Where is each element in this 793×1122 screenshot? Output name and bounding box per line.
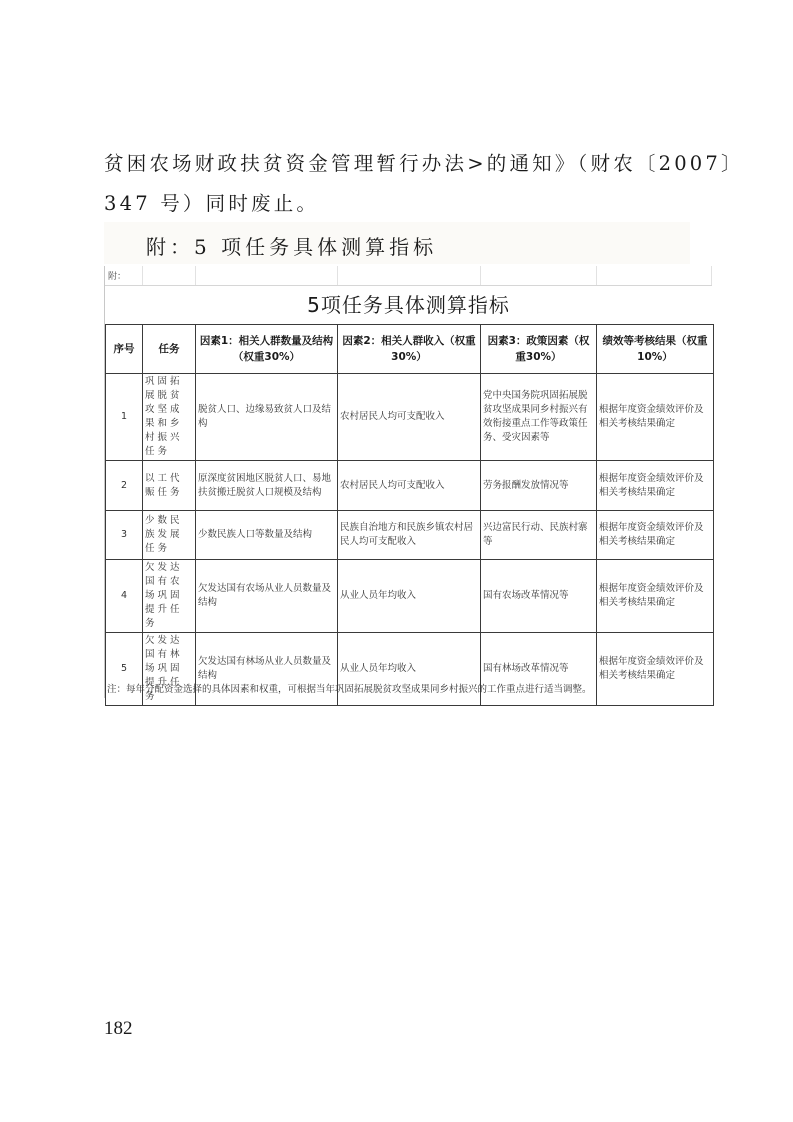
cell-factor3: 国有农场改革情况等 [481, 560, 597, 633]
cell-performance: 根据年度资金绩效评价及相关考核结果确定 [597, 511, 714, 560]
header-task: 任务 [143, 325, 196, 374]
header-performance: 绩效等考核结果（权重10%） [597, 325, 714, 374]
grid-line [337, 266, 338, 285]
header-factor1: 因素1：相关人群数量及结构（权重30%） [196, 325, 338, 374]
header-factor3: 因素3：政策因素（权重30%） [481, 325, 597, 374]
page-number: 182 [104, 1018, 133, 1040]
cell-factor2: 从业人员年均收入 [338, 560, 481, 633]
cell-performance: 根据年度资金绩效评价及相关考核结果确定 [597, 633, 714, 706]
grid-line [711, 266, 712, 285]
cell-task: 巩固拓展脱贫攻坚成果和乡村振兴任务 [143, 374, 196, 461]
indicator-table: 序号 任务 因素1：相关人群数量及结构（权重30%） 因素2：相关人群收入（权重… [105, 324, 714, 706]
cell-factor1: 脱贫人口、边缘易致贫人口及结构 [196, 374, 338, 461]
cell-no: 4 [106, 560, 143, 633]
cell-factor2: 民族自治地方和民族乡镇农村居民人均可支配收入 [338, 511, 481, 560]
header-no: 序号 [106, 325, 143, 374]
cell-performance: 根据年度资金绩效评价及相关考核结果确定 [597, 374, 714, 461]
cell-factor1: 原深度贫困地区脱贫人口、易地扶贫搬迁脱贫人口规模及结构 [196, 461, 338, 511]
cell-performance: 根据年度资金绩效评价及相关考核结果确定 [597, 560, 714, 633]
cell-factor3: 党中央国务院巩固拓展脱贫攻坚成果同乡村振兴有效衔接重点工作等政策任务、受灾因素等 [481, 374, 597, 461]
cell-factor2: 农村居民人均可支配收入 [338, 461, 481, 511]
header-factor2: 因素2：相关人群收入（权重30%） [338, 325, 481, 374]
cell-factor1: 欠发达国有农场从业人员数量及结构 [196, 560, 338, 633]
cell-no: 3 [106, 511, 143, 560]
table-row: 2 以工代赈任务 原深度贫困地区脱贫人口、易地扶贫搬迁脱贫人口规模及结构 农村居… [106, 461, 714, 511]
grid-line [195, 266, 196, 285]
cell-factor3: 劳务报酬发放情况等 [481, 461, 597, 511]
attachment-heading: 附：5 项任务具体测算指标 [146, 231, 437, 260]
body-text-line-2: 347 号）同时废止。 [104, 188, 319, 216]
cell-task: 以工代赈任务 [143, 461, 196, 511]
cell-no: 2 [106, 461, 143, 511]
cell-factor2: 农村居民人均可支配收入 [338, 374, 481, 461]
cell-task: 欠发达国有农场巩固提升任务 [143, 560, 196, 633]
table-row: 4 欠发达国有农场巩固提升任务 欠发达国有农场从业人员数量及结构 从业人员年均收… [106, 560, 714, 633]
cell-factor3: 兴边富民行动、民族村寨等 [481, 511, 597, 560]
table-row: 3 少数民族发展任务 少数民族人口等数量及结构 民族自治地方和民族乡镇农村居民人… [106, 511, 714, 560]
sheet-pre-row: 附： [105, 266, 712, 286]
table-header-row: 序号 任务 因素1：相关人群数量及结构（权重30%） 因素2：相关人群收入（权重… [106, 325, 714, 374]
table-note: 注：每年分配资金选择的具体因素和权重，可根据当年巩固拓展脱贫攻坚成果同乡村振兴的… [107, 681, 592, 695]
body-text-line-1: 贫困农场财政扶贫资金管理暂行办法>的通知》（财农〔2007〕 [104, 148, 744, 176]
grid-line [480, 266, 481, 285]
cell-factor1: 少数民族人口等数量及结构 [196, 511, 338, 560]
grid-line [596, 266, 597, 285]
sheet-pre-label: 附： [108, 269, 126, 282]
sheet-title: 5项任务具体测算指标 [105, 286, 712, 324]
grid-line [142, 266, 143, 285]
cell-performance: 根据年度资金绩效评价及相关考核结果确定 [597, 461, 714, 511]
table-row: 1 巩固拓展脱贫攻坚成果和乡村振兴任务 脱贫人口、边缘易致贫人口及结构 农村居民… [106, 374, 714, 461]
cell-no: 1 [106, 374, 143, 461]
cell-task: 少数民族发展任务 [143, 511, 196, 560]
